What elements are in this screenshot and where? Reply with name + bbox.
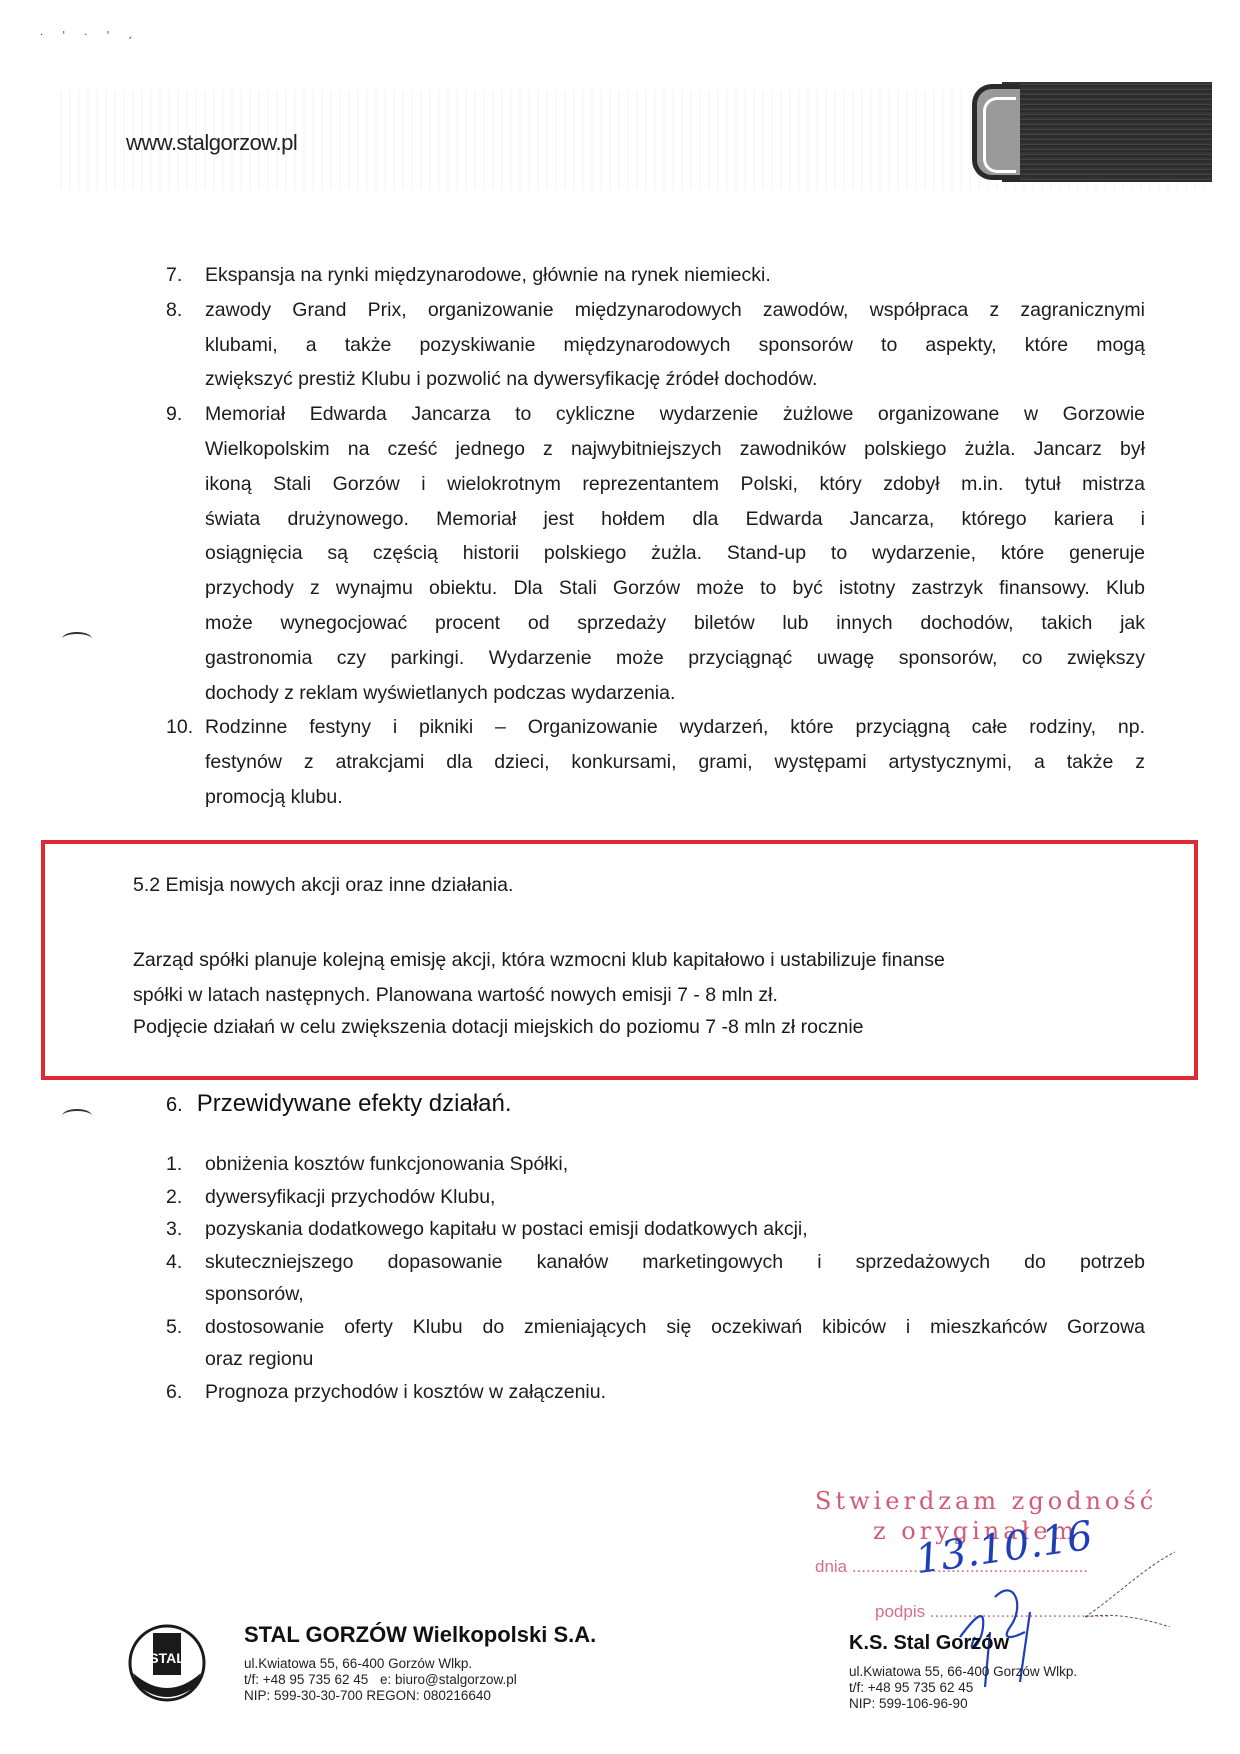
scan-artifacts: · ' · ' , [40,30,140,41]
pen-stroke-icon [1085,1547,1175,1627]
list-item-number: 1. [166,1148,182,1181]
footer-phone: t/f: +48 95 735 62 45 [244,1672,368,1687]
stamp-signature-label: podpis [875,1602,925,1621]
paragraph-line: Zarząd spółki planuje kolejną emisję akc… [133,949,945,972]
list-item-number: 7. [166,258,182,293]
hole-punch-mark [62,632,92,646]
logo-letter-g [972,84,1020,180]
footer-email[interactable]: e: biuro@stalgorzow.pl [380,1672,517,1687]
section-number: 6. [166,1094,183,1116]
footer-right-ids: NIP: 599-106-96-90 [849,1696,968,1711]
footer-address: ul.Kwiatowa 55, 66-400 Gorzów Wlkp. [244,1656,472,1671]
stamp-date-label: dnia [815,1557,847,1576]
footer-right-company-name: K.S. Stal Gorzów [849,1632,1009,1655]
list-item-number: 4. [166,1246,182,1279]
document-page: · ' · ' , www.stalgorzow.pl 7.Ekspansja … [0,0,1240,1754]
club-logo-g-icon [972,82,1212,182]
list-item-number: 5. [166,1311,182,1344]
section-title: Przewidywane efekty działań. [197,1090,512,1117]
list-item-number: 3. [166,1213,182,1246]
hole-punch-mark [62,1109,92,1123]
list-item-number: 8. [166,293,182,328]
svg-text:STAL: STAL [149,1650,185,1666]
list-item-text: Memoriał Edwarda Jancarza to cykliczne w… [205,397,1145,710]
footer-company-name: STAL GORZÓW Wielkopolski S.A. [244,1622,596,1648]
list-item-text: Rodzinne festyny i pikniki – Organizowan… [205,710,1145,814]
highlight-box: 5.2 Emisja nowych akcji oraz inne działa… [41,840,1198,1080]
list-item-number: 6. [166,1376,182,1409]
list-item-text: Ekspansja na rynki międzynarodowe, główn… [205,258,1145,293]
subsection-heading: 5.2 Emisja nowych akcji oraz inne działa… [133,874,513,897]
list-item-number: 9. [166,397,182,432]
list-item-text: Prognoza przychodów i kosztów w załączen… [205,1376,1145,1409]
footer-right-phone: t/f: +48 95 735 62 45 [849,1680,973,1695]
list-item-text: pozyskania dodatkowego kapitału w postac… [205,1213,1145,1246]
list-item-text: obniżenia kosztów funkcjonowania Spółki, [205,1148,1145,1181]
list-item-number: 10. [166,710,193,745]
list-item-number: 2. [166,1181,182,1214]
stamp-title: Stwierdzam zgodność [815,1487,1157,1515]
footer-ids: NIP: 599-30-30-700 REGON: 080216640 [244,1688,491,1703]
certification-stamp: Stwierdzam zgodność z oryginałem dnia ..… [815,1487,1135,1627]
stal-gorzow-emblem-icon: STAL [127,1623,207,1703]
footer-right-address: ul.Kwiatowa 55, 66-400 Gorzów Wlkp. [849,1664,1077,1679]
list-item-text: dostosowanie oferty Klubu do zmieniający… [205,1311,1145,1376]
list-item-text: skuteczniejszego dopasowanie kanałów mar… [205,1246,1145,1311]
logo-dark-band [1002,82,1212,182]
paragraph-line: Podjęcie działań w celu zwiększenia dota… [133,1016,864,1039]
list-item-text: zawody Grand Prix, organizowanie międzyn… [205,293,1145,397]
list-item-text: dywersyfikacji przychodów Klubu, [205,1181,1145,1214]
section-heading: 6.Przewidywane efekty działań. [166,1090,512,1118]
paragraph-line: spółki w latach następnych. Planowana wa… [133,984,778,1007]
website-url[interactable]: www.stalgorzow.pl [126,130,297,156]
